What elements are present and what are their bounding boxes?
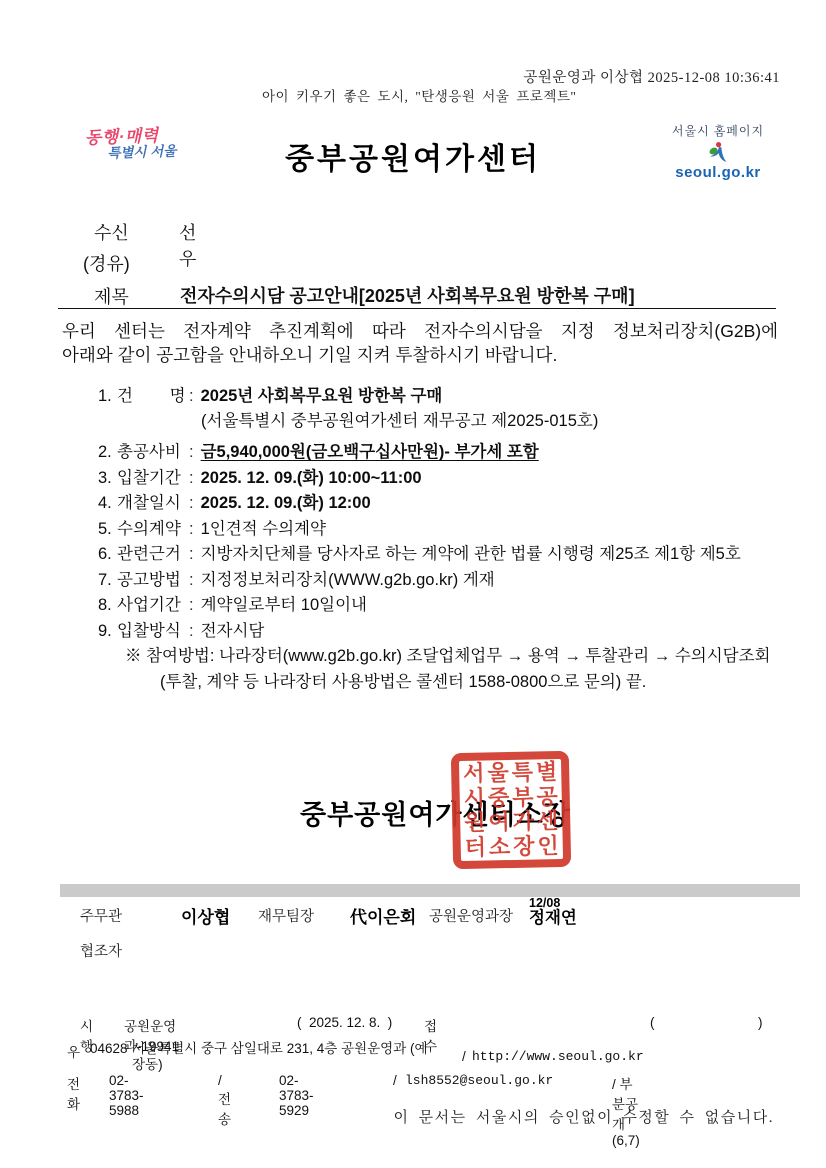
document-page: { "page": { "stamp_line": "공원운영과 이상협 202… <box>0 0 826 1168</box>
subject-value: 전자수의시담 공고안내[2025년 사회복무요원 방한복 구매] <box>180 282 800 308</box>
official-name: 이상협 <box>181 903 230 928</box>
official-role: 재무팀장 <box>258 905 314 926</box>
subject-row: 제목 전자수의시담 공고안내[2025년 사회복무요원 방한복 구매] <box>94 283 129 309</box>
list-item: 9.입찰방식:전자시담 <box>98 622 790 641</box>
participation-note: ※ 참여방법: 나라장터(www.g2b.go.kr) 조달업체업무 → 용역 … <box>125 647 790 666</box>
header-divider <box>58 308 776 309</box>
callcenter-note: (투찰, 계약 등 나라장터 사용방법은 콜센터 1588-0800으로 문의)… <box>160 673 790 692</box>
city-slogan-line: 아이 키우기 좋은 도시, "탄생응원 서울 프로젝트" <box>262 85 576 105</box>
intro-paragraph: 우리 센터는 전자계약 추진계획에 따라 전자수의시담을 지정 정보처리장치(G… <box>62 320 778 367</box>
homepage-address: http://www.seoul.go.kr <box>472 1049 644 1064</box>
zip-label: 우 <box>67 1041 80 1061</box>
official-role: 공원운영과장 <box>429 905 513 926</box>
approver-sign: 12/08 정재연 <box>529 897 577 927</box>
fax-label: /전송 <box>218 1073 231 1128</box>
homepage-url: seoul.go.kr <box>662 164 774 181</box>
seoul-homepage-block: 서울시 홈페이지 seoul.go.kr <box>662 122 774 181</box>
seal-row: 서울특별 <box>459 760 561 787</box>
cooperator-label: 협조자 <box>80 940 122 961</box>
list-item: 2.총공사비:금5,940,000원(금오백구십사만원)- 부가세 포함 <box>98 443 790 462</box>
homepage-label: 서울시 홈페이지 <box>662 122 774 139</box>
intro-line1: 우리 센터는 전자계약 추진계획에 따라 전자수의시담을 지정 정보처리장치(G… <box>62 320 778 344</box>
official-name: 정재연 <box>529 910 577 927</box>
tel-number: 02-3783-5988 <box>109 1073 144 1118</box>
list-item: 8.사업기간:계약일로부터 10일이내 <box>98 596 790 615</box>
list-item: 1.건 명:2025년 사회복무요원 방한복 구매 <box>98 387 790 406</box>
list-item: 7.공고방법:지정정보처리장치(WWW.g2b.go.kr) 게재 <box>98 571 790 590</box>
list-item: 6.관련근거:지방자치단체를 당사자로 하는 계약에 관한 법률 시행령 제25… <box>98 545 790 564</box>
seal-row: 원여가센 <box>460 809 562 836</box>
email-address: lsh8552@seoul.go.kr <box>405 1073 553 1088</box>
via-label: (경유) <box>83 250 130 276</box>
intro-line2: 아래와 같이 공고함을 안내하오니 기일 지켜 투찰하시기 바랍니다. <box>62 344 778 368</box>
seal-row: 시중부공 <box>459 784 561 811</box>
official-name: 代이은회 <box>350 903 416 928</box>
seoul-emblem-icon <box>705 140 731 164</box>
recipient-label: 수신 <box>94 223 129 243</box>
blank-paren-close: ) <box>758 1015 763 1030</box>
blank-paren-open: ( <box>650 1015 655 1030</box>
seal-row: 터소장인 <box>461 833 563 860</box>
notice-item-list: 1.건 명:2025년 사회복무요원 방한복 구매 (서울특별시 중부공원여가센… <box>98 387 790 691</box>
tel-label: 전화 <box>67 1073 80 1113</box>
list-item-subline: (서울특별시 중부공원여가센터 재무공고 제2025-015호) <box>201 412 790 431</box>
official-seal-stamp: 서울특별 시중부공 원여가센 터소장인 <box>451 751 571 869</box>
no-modify-notice: 이 문서는 서울시의 승인없이 수정할 수 없습니다. <box>393 1106 774 1127</box>
approval-divider-bar <box>60 884 800 897</box>
address: 서울특별시 중구 삼일대로 231, 4층 공원운영과 (예 장동) <box>132 1041 472 1073</box>
list-item: 3.입찰기간:2025. 12. 09.(화) 10:00~11:00 <box>98 469 790 488</box>
recipient-value: 선우 <box>179 219 196 271</box>
list-item: 5.수의계약:1인견적 수의계약 <box>98 520 790 539</box>
approval-line: 주무관 이상협 재무팀장 代이은회 공원운영과장 12/08 정재연 <box>0 903 826 943</box>
zip-code: 04628 <box>90 1041 128 1056</box>
list-item: 4.개찰일시:2025. 12. 09.(화) 12:00 <box>98 494 790 513</box>
separator-slash: / <box>393 1073 397 1088</box>
issue-date: ( 2025. 12. 8. ) <box>297 1015 392 1030</box>
recipient-row: 수신 선우 <box>94 219 129 245</box>
subject-label: 제목 <box>94 287 129 307</box>
dept-timestamp-line: 공원운영과 이상협 2025-12-08 10:36:41 <box>523 66 780 87</box>
separator-slash: / <box>462 1049 466 1064</box>
fax-number: 02-3783-5929 <box>279 1073 314 1118</box>
official-role: 주무관 <box>80 905 122 926</box>
